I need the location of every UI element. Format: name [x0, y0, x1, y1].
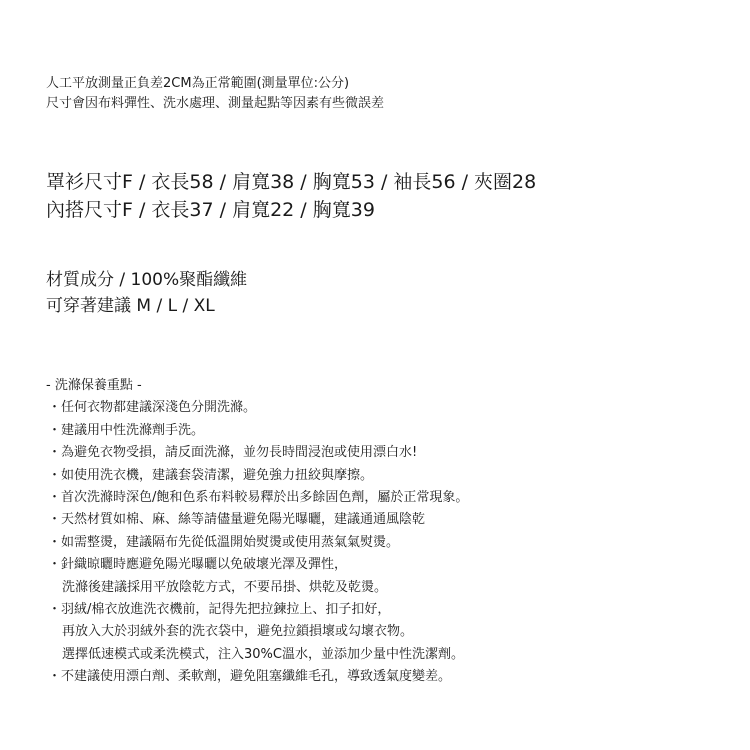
care-item-continuation: 再放入大於羽絨外套的洗衣袋中，避免拉鎖損壞或勾壞衣物。	[46, 621, 468, 643]
care-item: ・為避免衣物受損，請反面洗滌，並勿長時間浸泡或使用漂白水!	[46, 442, 468, 464]
care-item: ・首次洗滌時深色/飽和色系布料較易釋於出多餘固色劑，屬於正常現象。	[46, 487, 468, 509]
care-item: ・羽絨/棉衣放進洗衣機前，記得先把拉鍊拉上、扣子扣好，	[46, 599, 468, 621]
size-line-outer: 罩衫尺寸F / 衣長58 / 肩寬38 / 胸寬53 / 袖長56 / 夾圈28	[46, 168, 536, 196]
care-item-continuation: 選擇低速模式或柔洗模式，注入30%C溫水，並添加少量中性洗潔劑。	[46, 644, 468, 666]
measurement-note: 人工平放測量正負差2CM為正常範圍(測量單位:公分) 尺寸會因布料彈性、洗水處理…	[46, 74, 384, 114]
care-item: ・天然材質如棉、麻、絲等請儘量避免陽光曝曬，建議通通風陰乾	[46, 509, 468, 531]
care-item: ・針織晾曬時應避免陽光曝曬以免破壞光澤及彈性，	[46, 554, 468, 576]
measurement-note-line: 尺寸會因布料彈性、洗水處理、測量起點等因素有些微誤差	[46, 94, 384, 114]
material-info: 材質成分 / 100%聚酯纖維 可穿著建議 M / L / XL	[46, 267, 247, 319]
care-item: ・不建議使用漂白劑、柔軟劑，避免阻塞纖維毛孔，導致透氣度變差。	[46, 666, 468, 688]
recommended-sizes: 可穿著建議 M / L / XL	[46, 293, 247, 319]
care-item: ・建議用中性洗滌劑手洗。	[46, 420, 468, 442]
material-composition: 材質成分 / 100%聚酯纖維	[46, 267, 247, 293]
measurement-note-line: 人工平放測量正負差2CM為正常範圍(測量單位:公分)	[46, 74, 384, 94]
care-item-continuation: 洗滌後建議採用平放陰乾方式，不要吊掛、烘乾及乾燙。	[46, 577, 468, 599]
care-item: ・如使用洗衣機，建議套袋清潔，避免強力扭絞與摩擦。	[46, 465, 468, 487]
care-item: ・任何衣物都建議深淺色分開洗滌。	[46, 397, 468, 419]
size-chart: 罩衫尺寸F / 衣長58 / 肩寬38 / 胸寬53 / 袖長56 / 夾圈28…	[46, 168, 536, 224]
care-heading: - 洗滌保養重點 -	[46, 375, 468, 397]
care-instructions: - 洗滌保養重點 - ・任何衣物都建議深淺色分開洗滌。 ・建議用中性洗滌劑手洗。…	[46, 375, 468, 689]
size-line-inner: 內搭尺寸F / 衣長37 / 肩寬22 / 胸寬39	[46, 196, 536, 224]
care-item: ・如需整燙，建議隔布先從低溫開始熨燙或使用蒸氣氣熨燙。	[46, 532, 468, 554]
